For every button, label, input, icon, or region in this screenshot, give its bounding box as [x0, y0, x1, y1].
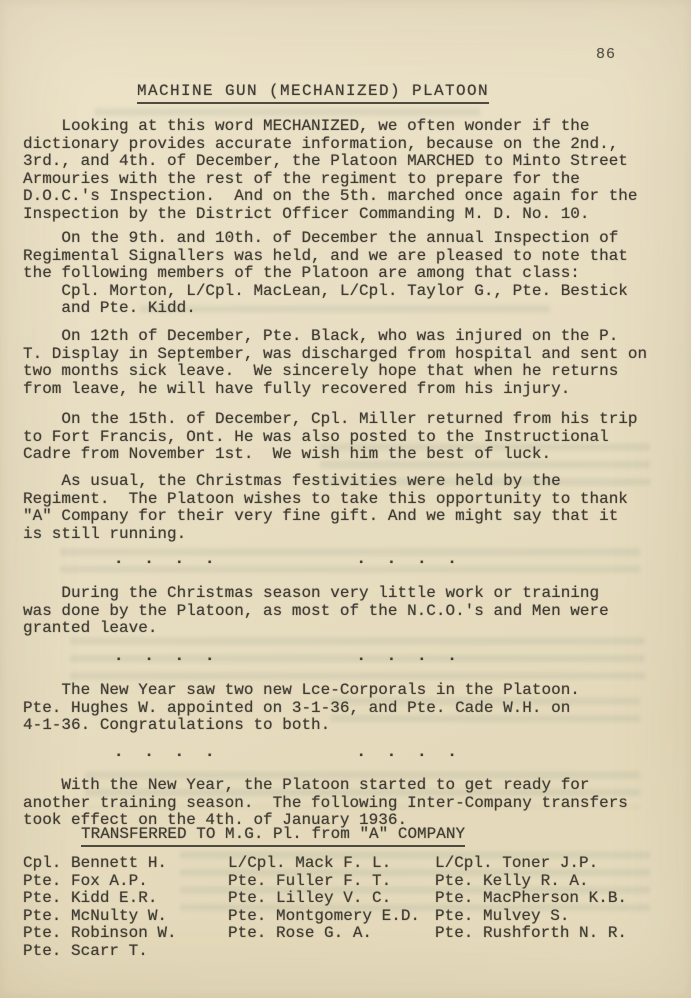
text-line: "A" Company for their very fine gift. An…: [23, 508, 628, 526]
roster-name: L/Cpl. Mack F. L.: [228, 855, 435, 873]
text-line: two months sick leave. We sincerely hope…: [23, 363, 647, 381]
roster-table: Cpl. Bennett H.L/Cpl. Mack F. L.L/Cpl. T…: [23, 855, 627, 960]
roster-name: Pte. Scarr T.: [23, 943, 228, 961]
roster-name: Pte. Robinson W.: [23, 925, 228, 943]
roster-name: Pte. MacPherson K.B.: [435, 890, 627, 908]
paragraph-cpl-miller: On the 15th. of December, Cpl. Miller re…: [23, 411, 638, 464]
roster-name: Pte. Fox A.P.: [23, 873, 228, 891]
roster-name: Pte. McNulty W.: [23, 908, 228, 926]
dots-separator: . . . . . . . .: [23, 744, 457, 762]
text-line: As usual, the Christmas festivities were…: [23, 473, 628, 491]
roster-name: Cpl. Bennett H.: [23, 855, 228, 873]
roster-row: Pte. McNulty W.Pte. Montgomery E.D.Pte. …: [23, 908, 627, 926]
roster-row: Pte. Robinson W.Pte. Rose G. A.Pte. Rush…: [23, 925, 627, 943]
text-line: and Pte. Kidd.: [23, 300, 628, 318]
text-line: Cadre from November 1st. We wish him the…: [23, 446, 638, 464]
page-number: 86: [596, 46, 616, 64]
roster-name: Pte. Kidd E.R.: [23, 890, 228, 908]
roster-row: Pte. Kidd E.R.Pte. Lilley V. C.Pte. MacP…: [23, 890, 627, 908]
text-line: Regimental Signallers was held, and we a…: [23, 248, 628, 266]
roster-name: Pte. Lilley V. C.: [228, 890, 435, 908]
text-line: On the 15th. of December, Cpl. Miller re…: [23, 411, 638, 429]
dots-separator: . . . . . . . .: [23, 648, 457, 666]
text-line: another training season. The following I…: [23, 795, 628, 813]
document-page: 86 MACHINE GUN (MECHANIZED) PLATOON Look…: [0, 0, 691, 998]
paragraph-opening: Looking at this word MECHANIZED, we ofte…: [23, 118, 638, 223]
paragraph-christmas: As usual, the Christmas festivities were…: [23, 473, 628, 543]
text-line: dictionary provides accurate information…: [23, 136, 638, 154]
text-line: Pte. Hughes W. appointed on 3-1-36, and …: [23, 700, 580, 718]
roster-name: [435, 943, 627, 961]
transfer-heading: TRANSFERRED TO M.G. Pl. from "A" COMPANY: [81, 826, 465, 844]
text-line: T. Display in September, was discharged …: [23, 346, 647, 364]
text-line: On the 9th. and 10th. of December the an…: [23, 230, 628, 248]
paragraph-new-corporals: The New Year saw two new Lce-Corporals i…: [23, 682, 580, 735]
roster-row: Cpl. Bennett H.L/Cpl. Mack F. L.L/Cpl. T…: [23, 855, 627, 873]
roster-name: Pte. Kelly R. A.: [435, 873, 627, 891]
text-line: During the Christmas season very little …: [23, 585, 609, 603]
roster-row: Pte. Scarr T.: [23, 943, 627, 961]
roster-name: [228, 943, 435, 961]
dots-separator: . . . . . . . .: [23, 551, 457, 569]
text-line: With the New Year, the Platoon started t…: [23, 777, 628, 795]
text-line: from leave, he will have fully recovered…: [23, 381, 647, 399]
text-line: The New Year saw two new Lce-Corporals i…: [23, 682, 580, 700]
paragraph-new-year: With the New Year, the Platoon started t…: [23, 777, 628, 830]
text-line: Looking at this word MECHANIZED, we ofte…: [23, 118, 638, 136]
roster-row: Pte. Fox A.P.Pte. Fuller F. T.Pte. Kelly…: [23, 873, 627, 891]
text-line: On 12th of December, Pte. Black, who was…: [23, 328, 647, 346]
transfer-heading-text: TRANSFERRED TO M.G. Pl. from "A" COMPANY: [81, 825, 465, 847]
text-line: D.O.C.'s Inspection. And on the 5th. mar…: [23, 188, 638, 206]
roster-name: L/Cpl. Toner J.P.: [435, 855, 627, 873]
text-line: 4-1-36. Congratulations to both.: [23, 717, 580, 735]
text-line: was done by the Platoon, as most of the …: [23, 603, 609, 621]
section-title-text: MACHINE GUN (MECHANIZED) PLATOON: [137, 82, 489, 104]
text-line: Inspection by the District Officer Comma…: [23, 206, 638, 224]
text-line: the following members of the Platoon are…: [23, 265, 628, 283]
paragraph-pte-black: On 12th of December, Pte. Black, who was…: [23, 328, 647, 398]
roster-name: Pte. Rushforth N. R.: [435, 925, 627, 943]
text-line: Regiment. The Platoon wishes to take thi…: [23, 491, 628, 509]
text-line: 3rd., and 4th. of December, the Platoon …: [23, 153, 638, 171]
paragraph-signallers: On the 9th. and 10th. of December the an…: [23, 230, 628, 318]
text-line: granted leave.: [23, 620, 609, 638]
text-line: Armouries with the rest of the regiment …: [23, 171, 638, 189]
roster-name: Pte. Rose G. A.: [228, 925, 435, 943]
roster-name: Pte. Mulvey S.: [435, 908, 627, 926]
roster-name: Pte. Montgomery E.D.: [228, 908, 435, 926]
section-title: MACHINE GUN (MECHANIZED) PLATOON: [137, 83, 489, 101]
paragraph-leave: During the Christmas season very little …: [23, 585, 609, 638]
text-line: is still running.: [23, 526, 628, 544]
text-line: to Fort Francis, Ont. He was also posted…: [23, 429, 638, 447]
roster-name: Pte. Fuller F. T.: [228, 873, 435, 891]
text-line: Cpl. Morton, L/Cpl. MacLean, L/Cpl. Tayl…: [23, 283, 628, 301]
